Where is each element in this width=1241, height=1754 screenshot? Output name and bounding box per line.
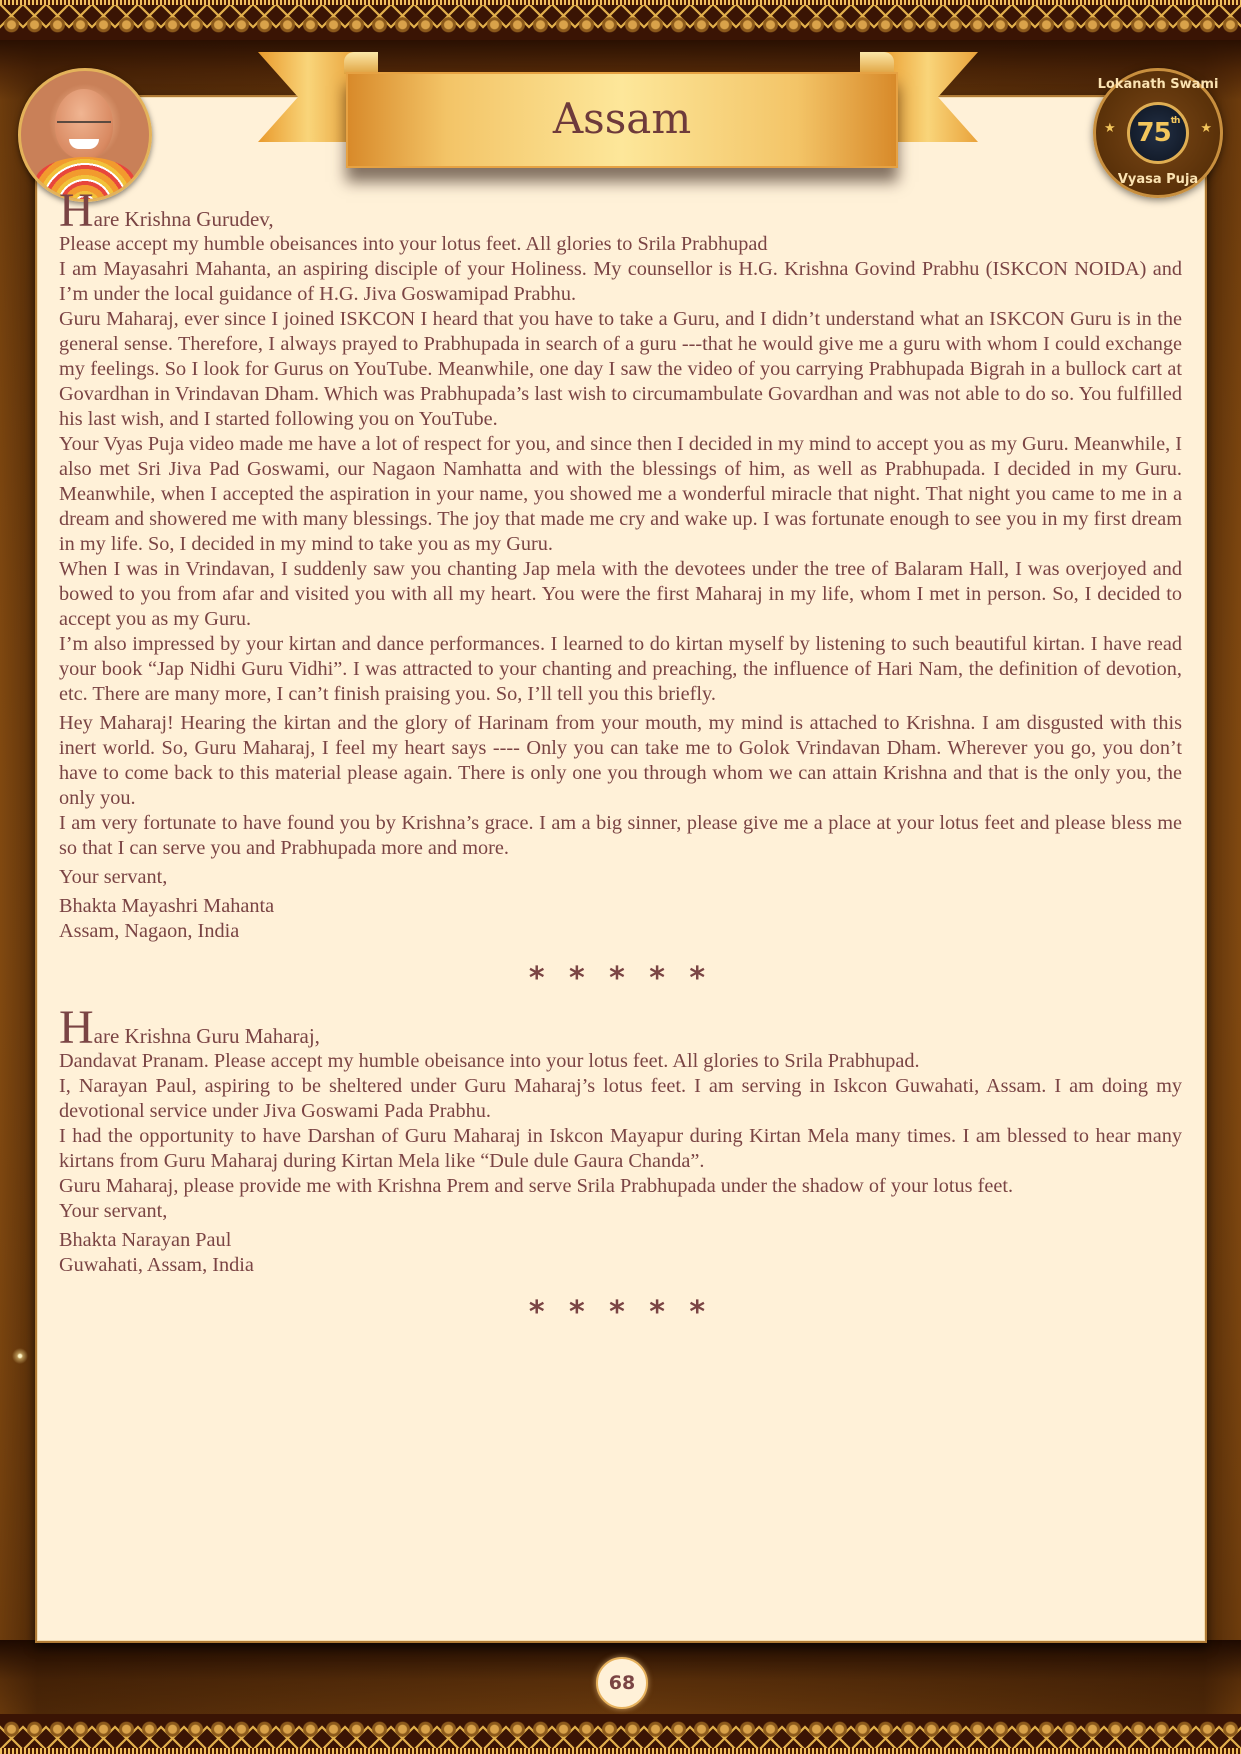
signature-location: Assam, Nagaon, India [59, 919, 1182, 944]
letter-paragraph: I am Mayasahri Mahanta, an aspiring disc… [59, 257, 1182, 307]
letter-1: Hare Krishna Gurudev, Please accept my h… [59, 192, 1182, 944]
letter-salutation: Hare Krishna Gurudev, [59, 192, 1182, 232]
signature-name: Bhakta Narayan Paul [59, 1228, 1182, 1253]
letter-paragraph: Your Vyas Puja video made me have a lot … [59, 432, 1182, 557]
ribbon-fold-right [860, 52, 894, 74]
bottom-ornamental-border [0, 1714, 1241, 1754]
seal-number: 75th [1137, 118, 1180, 148]
star-icon: ★ [1104, 121, 1116, 136]
letter-paragraph: Hey Maharaj! Hearing the kirtan and the … [59, 711, 1182, 811]
letter-paragraph: Guru Maharaj, please provide me with Kri… [59, 1174, 1182, 1199]
seal-top-text: Lokanath Swami [1096, 77, 1220, 92]
letter-paragraph: I’m also impressed by your kirtan and da… [59, 632, 1182, 707]
top-ornamental-border [0, 0, 1241, 40]
guru-portrait-avatar [18, 68, 152, 202]
drop-cap: H [59, 184, 94, 237]
title-ribbon: Assam [346, 72, 898, 168]
seal-bottom-text: Vyasa Puja [1096, 172, 1220, 187]
letters-content: Hare Krishna Gurudev, Please accept my h… [59, 192, 1182, 1325]
signature-location: Guwahati, Assam, India [59, 1253, 1182, 1278]
star-icon: ★ [1200, 121, 1212, 136]
section-separator: * * * * * [59, 1300, 1182, 1325]
seal-badge: 75th [1127, 102, 1189, 164]
letter-paragraph: I am very fortunate to have found you by… [59, 811, 1182, 861]
drop-cap: H [59, 1001, 94, 1054]
page-number-badge: 68 [596, 1657, 648, 1709]
letter-paragraph: When I was in Vrindavan, I suddenly saw … [59, 557, 1182, 632]
sparkle-icon [12, 1348, 28, 1364]
letter-closing: Your servant, [59, 865, 1182, 890]
letter-paragraph: Dandavat Pranam. Please accept my humble… [59, 1049, 1182, 1074]
portrait-glasses [57, 121, 111, 135]
letter-2: Hare Krishna Guru Maharaj, Dandavat Pran… [59, 1009, 1182, 1278]
signature-name: Bhakta Mayashri Mahanta [59, 894, 1182, 919]
ribbon-fold-left [344, 52, 378, 74]
letter-paragraph: I, Narayan Paul, aspiring to be sheltere… [59, 1074, 1182, 1124]
letter-paragraph: Guru Maharaj, ever since I joined ISKCON… [59, 307, 1182, 432]
section-separator: * * * * * [59, 966, 1182, 991]
letter-paragraph: I had the opportunity to have Darshan of… [59, 1124, 1182, 1174]
vyasa-puja-75th-seal-logo: Lokanath Swami ★ ★ 75th Vyasa Puja [1093, 68, 1223, 198]
page-title: Assam [553, 94, 691, 143]
letter-closing: Your servant, [59, 1199, 1182, 1224]
letter-salutation: Hare Krishna Guru Maharaj, [59, 1009, 1182, 1049]
letter-paragraph: Please accept my humble obeisances into … [59, 232, 1182, 257]
